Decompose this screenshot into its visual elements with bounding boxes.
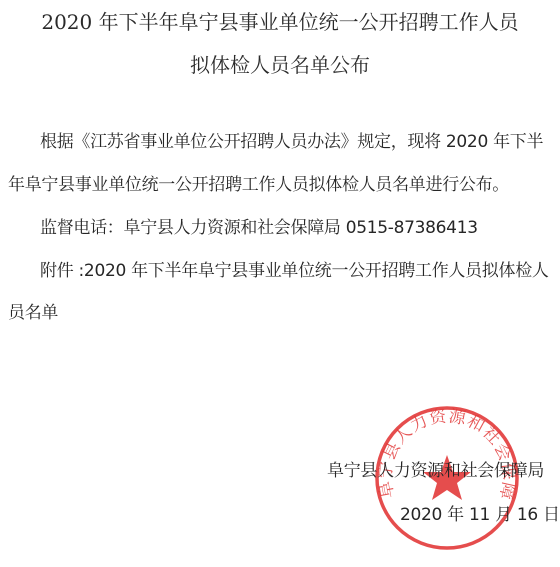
title-line-2: 拟体检人员名单公布: [0, 49, 560, 78]
title-line-1: 2020 年下半年阜宁县事业单位统一公开招聘工作人员: [0, 6, 560, 35]
attachment-line: 附件 :2020 年下半年阜宁县事业单位统一公开招聘工作人员拟体检人: [40, 256, 549, 281]
signer-organization: 阜宁县人力资源和社会保障局: [327, 456, 544, 481]
attachment-line-cont: 员名单: [8, 298, 58, 323]
supervision-phone: 监督电话：阜宁县人力资源和社会保障局 0515-87386413: [40, 213, 478, 238]
signature-date: 2020 年 11 月 16 日: [400, 500, 560, 525]
paragraph-line: 根据《江苏省事业单位公开招聘人员办法》规定，现将 2020 年下半: [40, 127, 543, 152]
paragraph-line: 年阜宁县事业单位统一公开招聘工作人员拟体检人员名单进行公布。: [8, 170, 509, 195]
